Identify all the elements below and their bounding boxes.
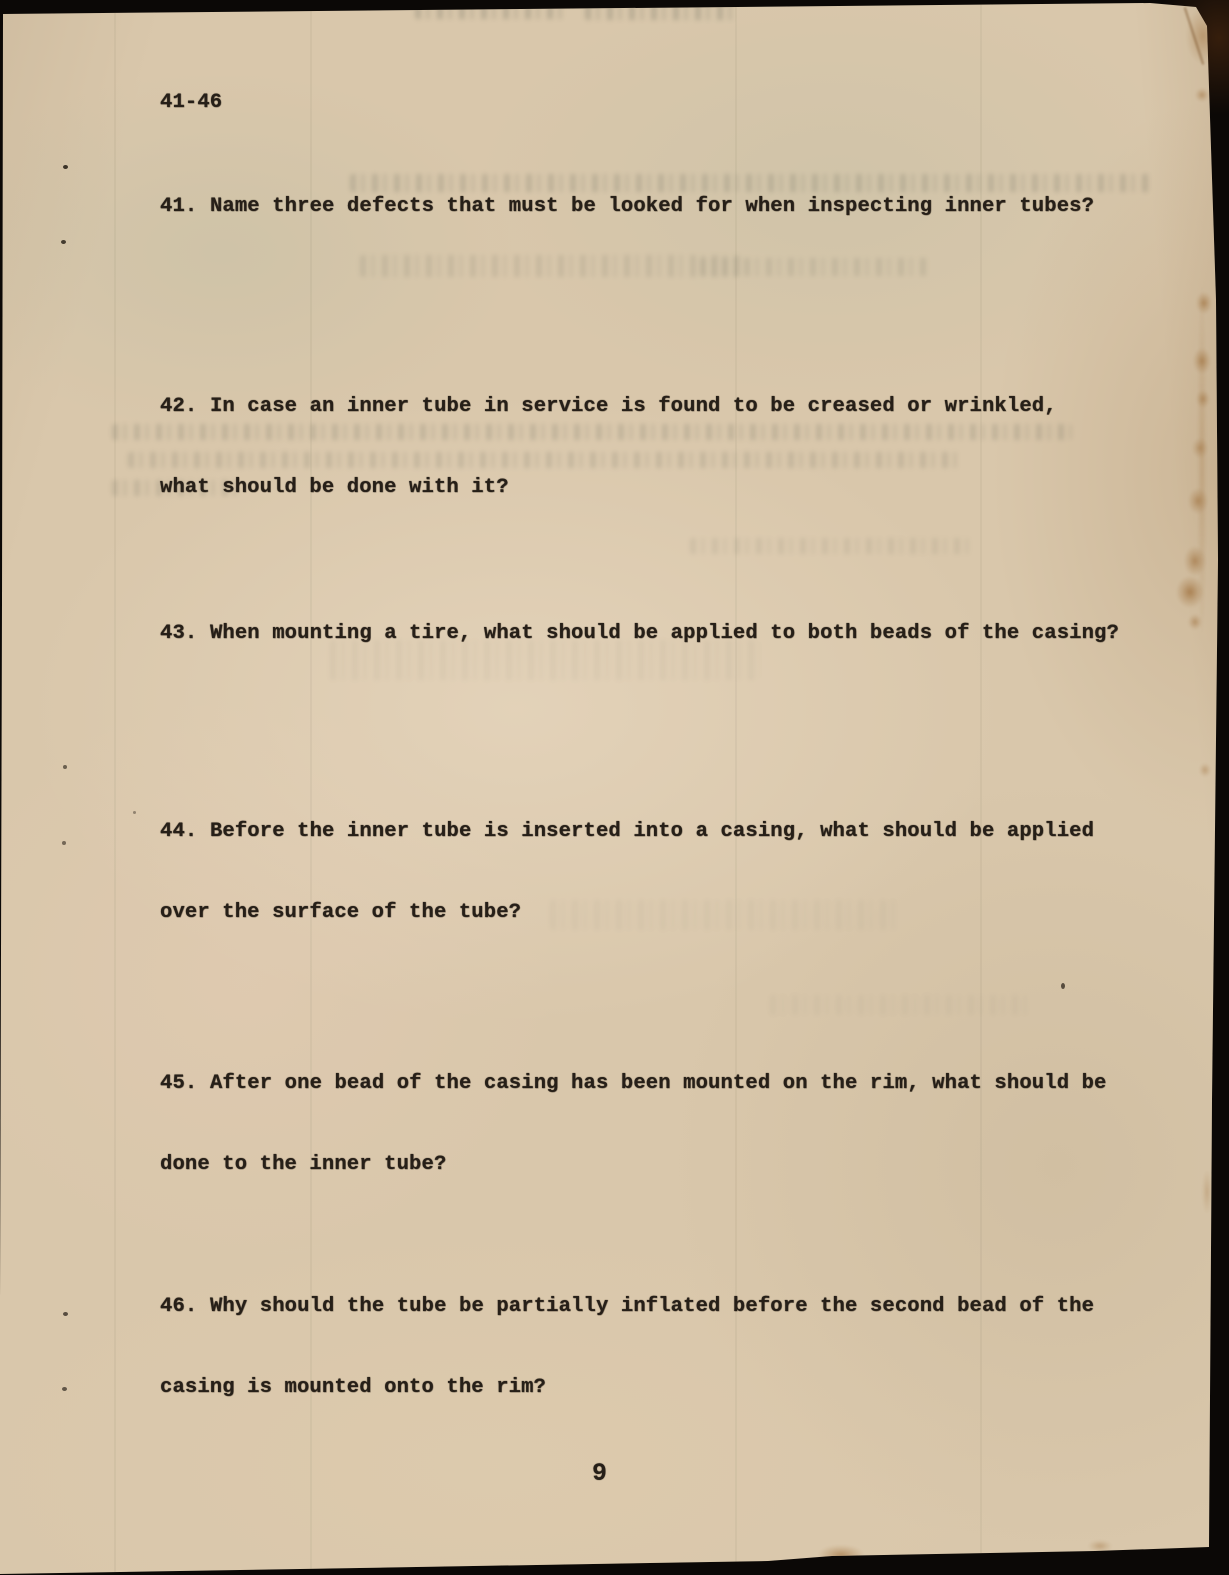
scanner-background: 41-46 41.Name three defects that must be…	[0, 0, 1229, 1575]
stain	[1088, 1540, 1112, 1552]
stain	[818, 1545, 864, 1565]
page-range-header: 41-46	[160, 89, 222, 116]
question-45: 45.After one bead of the casing has been…	[160, 1016, 1107, 1232]
question-line: casing is mounted onto the rim?	[160, 1374, 1094, 1401]
stain	[1193, 348, 1211, 374]
ink-speck	[63, 1312, 68, 1316]
question-line: 43.When mounting a tire, what should be …	[160, 620, 1119, 647]
question-text: In case an inner tube in service is foun…	[210, 395, 1057, 418]
question-number: 46.	[160, 1295, 197, 1318]
paper-streak	[114, 0, 116, 1575]
question-number: 44.	[160, 820, 197, 843]
question-line: over the surface of the tube?	[160, 899, 1094, 926]
question-42: 42.In case an inner tube in service is f…	[160, 339, 1057, 555]
ink-speck	[63, 165, 68, 169]
ink-speck	[61, 240, 66, 244]
stain	[1199, 763, 1211, 777]
ink-speck	[62, 841, 66, 845]
bleedthrough-smudge	[585, 5, 735, 20]
stain	[1188, 488, 1208, 514]
stain	[1196, 390, 1210, 408]
stain	[1184, 546, 1206, 576]
question-line: 44.Before the inner tube is inserted int…	[160, 818, 1094, 845]
ink-speck	[133, 811, 136, 814]
stain	[1195, 88, 1209, 102]
question-number: 43.	[160, 622, 197, 645]
question-number: 45.	[160, 1072, 197, 1095]
stain	[1192, 438, 1208, 458]
page-number: 9	[592, 1459, 607, 1489]
question-text: Before the inner tube is inserted into a…	[210, 820, 1094, 843]
question-number: 42.	[160, 395, 197, 418]
stain	[1202, 1170, 1212, 1214]
question-41: 41.Name three defects that must be looke…	[160, 139, 1094, 274]
question-line: 42.In case an inner tube in service is f…	[160, 393, 1057, 420]
question-44: 44.Before the inner tube is inserted int…	[160, 764, 1094, 980]
question-text: When mounting a tire, what should be app…	[210, 622, 1119, 645]
question-text: Name three defects that must be looked f…	[210, 195, 1094, 218]
question-number: 41.	[160, 195, 197, 218]
bleedthrough-smudge	[415, 6, 565, 19]
ink-speck	[62, 1387, 67, 1391]
bleedthrough-smudge	[770, 995, 1030, 1015]
question-line: done to the inner tube?	[160, 1151, 1107, 1178]
question-line: 45.After one bead of the casing has been…	[160, 1070, 1107, 1097]
question-line: 46.Why should the tube be partially infl…	[160, 1293, 1094, 1320]
question-43: 43.When mounting a tire, what should be …	[160, 566, 1119, 701]
ink-speck	[1061, 983, 1065, 989]
question-text: Why should the tube be partially inflate…	[210, 1295, 1094, 1318]
stain	[1196, 292, 1212, 314]
document-page: 41-46 41.Name three defects that must be…	[0, 0, 1229, 1575]
corner-stain	[1186, 8, 1220, 64]
question-46: 46.Why should the tube be partially infl…	[160, 1239, 1094, 1455]
question-line: 41.Name three defects that must be looke…	[160, 193, 1094, 220]
stain	[1188, 614, 1202, 630]
question-line: what should be done with it?	[160, 474, 1057, 501]
ink-speck	[63, 765, 67, 769]
question-text: After one bead of the casing has been mo…	[210, 1072, 1107, 1095]
stain	[1176, 576, 1204, 608]
